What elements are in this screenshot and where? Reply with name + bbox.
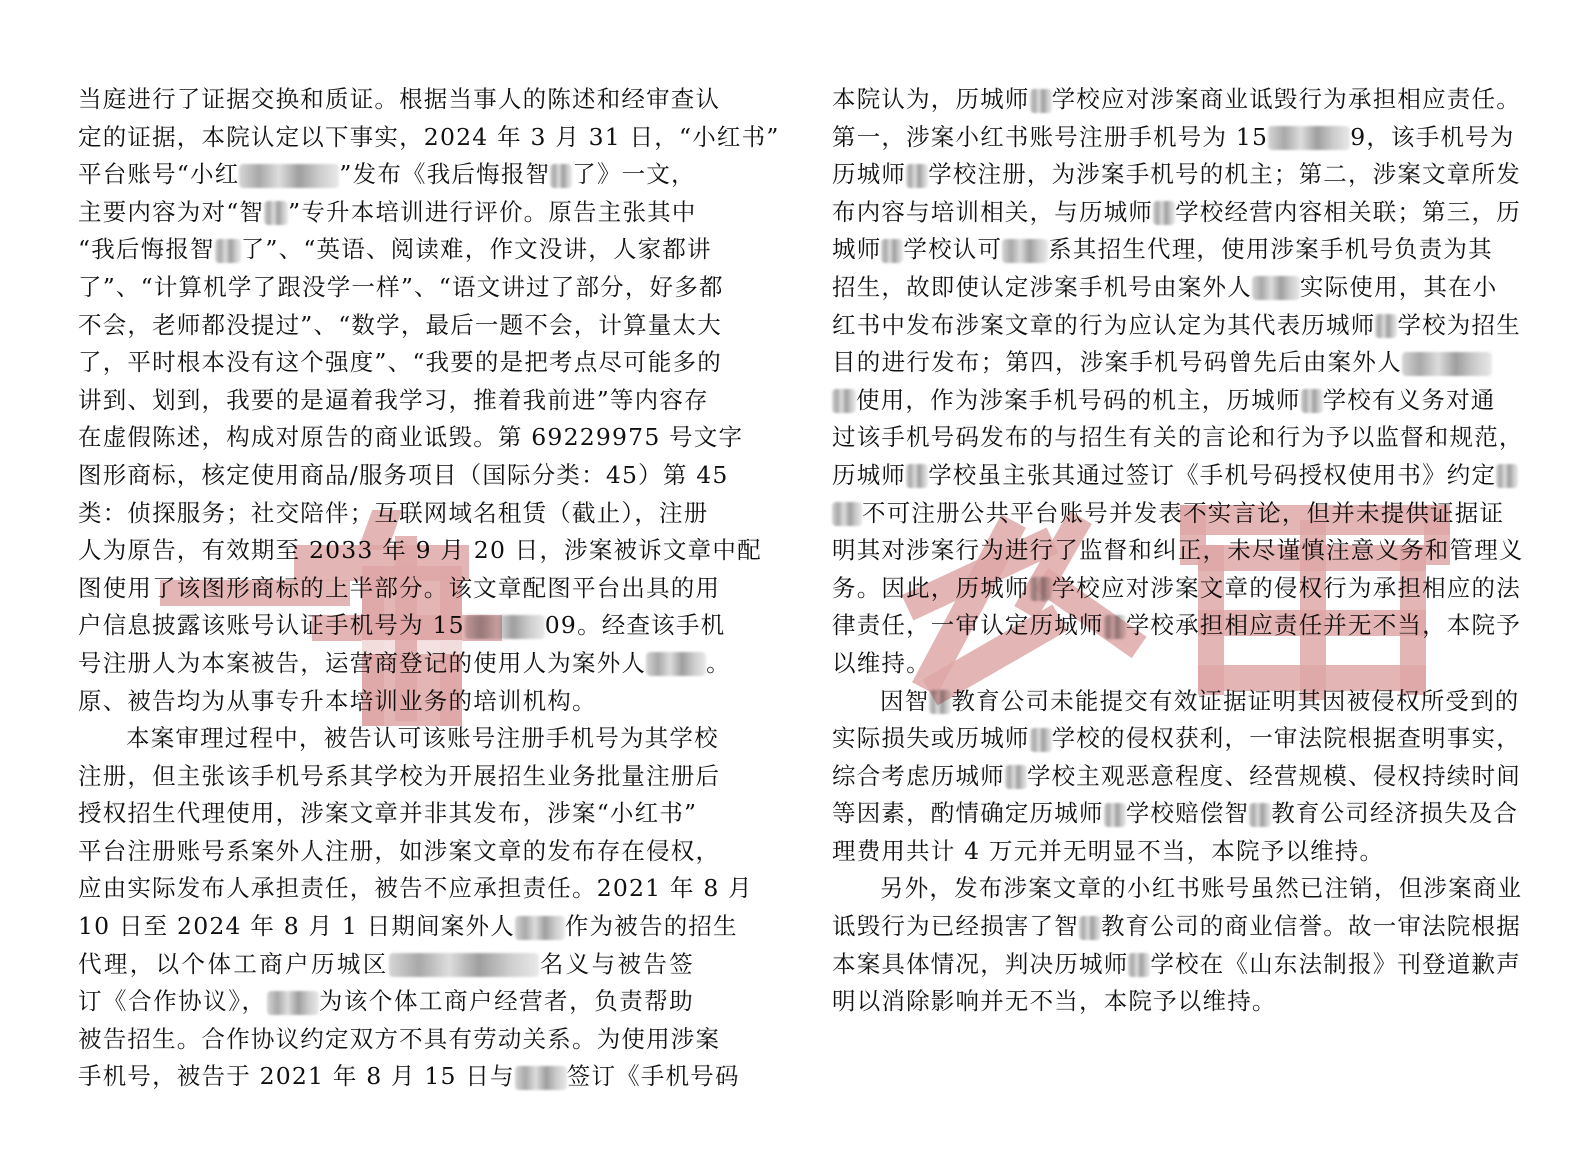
text-line: 另外，发布涉案文章的小红书账号虽然已注销，但涉案商业 (832, 870, 1492, 908)
text-line: 手机号，被告于 2021 年 8 月 15 日与签订《手机号码 (78, 1058, 694, 1096)
text-line: 了，平时根本没有这个强度”、“我要的是把考点尽可能多的 (78, 344, 694, 382)
redacted-text-blur (267, 991, 319, 1015)
redacted-text-blur (832, 389, 856, 413)
text-segment: 注册，但主张该手机号系其学校为开展招生业务批量注册后 (78, 762, 720, 790)
text-segment: 学校经营内容相关联；第三，历 (1175, 198, 1521, 226)
text-line: 第一，涉案小红书账号注册手机号为 159，该手机号为 (832, 119, 1492, 157)
text-segment: 订《合作协议》， (78, 987, 267, 1015)
text-segment: 教育公司经济损失及合 (1271, 799, 1518, 827)
text-segment: 因智 (880, 687, 929, 715)
text-segment: 签订《手机号码 (567, 1062, 740, 1090)
text-segment: 本案具体情况，判决历城师 (832, 950, 1128, 978)
text-segment: 目的进行发布；第四，涉案手机号码曾先后由案外人 (832, 348, 1402, 376)
text-segment: 综合考虑历城师 (832, 762, 1005, 790)
redacted-text-blur (929, 690, 951, 714)
text-line: 等因素，酌情确定历城师学校赔偿智教育公司经济损失及合 (832, 795, 1492, 833)
text-segment: 学校应对涉案商业诋毁行为承担相应责任。 (1052, 85, 1521, 113)
text-segment: 教育公司的商业信誉。故一审法院根据 (1101, 912, 1521, 940)
text-line: 应由实际发布人承担责任，被告不应承担责任。2021 年 8 月 (78, 870, 694, 908)
text-line: 以维持。 (832, 645, 1492, 683)
text-segment: 人为原告，有效期至 2033 年 9 月 20 日，涉案被诉文章中配 (78, 536, 762, 564)
redacted-text-blur (239, 164, 339, 188)
text-line: 本案审理过程中，被告认可该账号注册手机号为其学校 (78, 720, 694, 758)
redacted-text-blur (832, 502, 862, 526)
text-segment: 原、被告均为从事专升本培训业务的培训机构。 (78, 687, 597, 715)
text-line: 本院认为，历城师学校应对涉案商业诋毁行为承担相应责任。 (832, 81, 1492, 119)
text-segment: 09。经查该手机 (545, 611, 726, 639)
text-line: 使用，作为涉案手机号码的机主，历城师学校有义务对通 (832, 382, 1492, 420)
text-line: 类：侦探服务；社交陪伴；互联网域名租赁（截止），注册 (78, 495, 694, 533)
text-segment: 布内容与培训相关，与历城师 (832, 198, 1153, 226)
redacted-text-blur (1252, 276, 1300, 300)
text-segment: 学校承担相应责任并无不当，本院予 (1126, 611, 1521, 639)
text-line: 不会，老师都没提过”、“数学，最后一题不会，计算量太大 (78, 307, 694, 345)
redacted-text-blur (1002, 239, 1048, 263)
text-line: 明以消除影响并无不当，本院予以维持。 (832, 983, 1492, 1021)
text-segment: 明其对涉案行为进行了监督和纠正，未尽谨慎注意义务和管理义 (832, 536, 1524, 564)
text-segment: 系其招生代理，使用涉案手机号负责为其 (1048, 235, 1493, 263)
text-segment: 理费用共计 4 万元并无明显不当，本院予以维持。 (832, 837, 1384, 865)
text-segment: 学校主观恶意程度、经营规模、侵权持续时间 (1027, 762, 1521, 790)
text-line: 过该手机号码发布的与招生有关的言论和行为予以监督和规范， (832, 419, 1492, 457)
redacted-text-blur (1375, 314, 1397, 338)
redacted-text-blur (1128, 953, 1150, 977)
text-line: 目的进行发布；第四，涉案手机号码曾先后由案外人 (832, 344, 1492, 382)
redacted-text-blur (465, 615, 545, 639)
text-segment: 不可注册公共平台账号并发表不实言论，但并未提供证据证 (862, 499, 1504, 527)
redacted-text-blur (1496, 464, 1518, 488)
redacted-text-blur (1301, 389, 1323, 413)
text-segment: 学校在《山东法制报》刊登道歉声 (1150, 950, 1521, 978)
text-segment: 讲到、划到，我要的是逼着我学习，推着我前进”等内容存 (78, 386, 709, 414)
text-segment: 。 (706, 649, 731, 677)
text-segment: 城师 (832, 235, 881, 263)
text-segment: 图使用了该图形商标的上半部分。该文章配图平台出具的用 (78, 574, 720, 602)
text-segment: 作为被告的招生 (565, 912, 738, 940)
text-segment: 使用，作为涉案手机号码的机主，历城师 (856, 386, 1301, 414)
text-segment: 学校虽主张其通过签订《手机号码授权使用书》约定 (928, 461, 1496, 489)
text-segment: 当庭进行了证据交换和质证。根据当事人的陈述和经审查认 (78, 85, 720, 113)
text-segment: 9，该手机号为 (1350, 123, 1514, 151)
redacted-text-blur (1030, 577, 1052, 601)
text-segment: 务。因此，历城师 (832, 574, 1030, 602)
text-segment: ”专升本培训进行评价。原告主张其中 (288, 198, 696, 226)
text-segment: 户信息披露该账号认证手机号为 15 (78, 611, 465, 639)
text-segment: 第一，涉案小红书账号注册手机号为 15 (832, 123, 1268, 151)
redacted-text-blur (881, 239, 903, 263)
text-segment: 代理，以个体工商户历城区 (78, 950, 389, 978)
text-line: 本案具体情况，判决历城师学校在《山东法制报》刊登道歉声 (832, 946, 1492, 984)
text-line: 平台账号“小红”发布《我后悔报智了》一文， (78, 156, 694, 194)
text-segment: 在虚假陈述，构成对原告的商业诋毁。第 69229975 号文字 (78, 423, 743, 451)
text-segment: 不会，老师都没提过”、“数学，最后一题不会，计算量太大 (78, 311, 722, 339)
redacted-text-blur (646, 652, 706, 676)
redacted-text-blur (515, 1066, 567, 1090)
text-line: 律责任，一审认定历城师学校承担相应责任并无不当，本院予 (832, 607, 1492, 645)
redacted-text-blur (550, 164, 572, 188)
text-line: 平台注册账号系案外人注册，如涉案文章的发布存在侵权， (78, 833, 694, 871)
right-page: 本院认为，历城师学校应对涉案商业诋毁行为承担相应责任。第一，涉案小红书账号注册手… (832, 81, 1492, 1021)
redacted-text-blur (1153, 201, 1175, 225)
text-segment: 了”、“计算机学了跟没学一样”、“语文讲过了部分，好多都 (78, 273, 724, 301)
text-line: 因智教育公司未能提交有效证据证明其因被侵权所受到的 (832, 683, 1492, 721)
redacted-text-blur (264, 201, 288, 225)
redacted-text-blur (1104, 803, 1126, 827)
text-segment: 另外，发布涉案文章的小红书账号虽然已注销，但涉案商业 (880, 874, 1522, 902)
text-segment: 定的证据，本院认定以下事实，2024 年 3 月 31 日，“小红书” (78, 123, 780, 151)
text-segment: 学校赔偿智 (1126, 799, 1250, 827)
text-line: 户信息披露该账号认证手机号为 1509。经查该手机 (78, 607, 694, 645)
text-segment: 学校的侵权获利，一审法院根据查明事实， (1052, 724, 1521, 752)
text-segment: 学校有义务对通 (1323, 386, 1496, 414)
text-segment: 历城师 (832, 461, 906, 489)
text-segment: 本院认为，历城师 (832, 85, 1030, 113)
redacted-text-blur (1402, 352, 1492, 376)
text-segment: 过该手机号码发布的与招生有关的言论和行为予以监督和规范， (832, 423, 1524, 451)
redacted-text-blur (1005, 765, 1027, 789)
text-segment: 手机号，被告于 2021 年 8 月 15 日与 (78, 1062, 515, 1090)
text-line: 被告招生。合作协议约定双方不具有劳动关系。为使用涉案 (78, 1021, 694, 1059)
text-segment: 学校应对涉案文章的侵权行为承担相应的法 (1052, 574, 1521, 602)
text-segment: 名义与被告签 (539, 950, 694, 978)
text-segment: 招生，故即使认定涉案手机号由案外人 (832, 273, 1252, 301)
text-segment: 教育公司未能提交有效证据证明其因被侵权所受到的 (951, 687, 1519, 715)
text-segment: 被告招生。合作协议约定双方不具有劳动关系。为使用涉案 (78, 1025, 720, 1053)
redacted-text-blur (906, 464, 928, 488)
text-line: 综合考虑历城师学校主观恶意程度、经营规模、侵权持续时间 (832, 758, 1492, 796)
text-segment: 实际损失或历城师 (832, 724, 1030, 752)
text-line: 实际损失或历城师学校的侵权获利，一审法院根据查明事实， (832, 720, 1492, 758)
redacted-text-blur (1268, 126, 1350, 150)
left-page: 当庭进行了证据交换和质证。根据当事人的陈述和经审查认定的证据，本院认定以下事实，… (78, 81, 694, 1096)
redacted-text-blur (1079, 916, 1101, 940)
text-segment: 学校注册，为涉案手机号的机主；第二，涉案文章所发 (928, 160, 1521, 188)
text-line: 代理，以个体工商户历城区名义与被告签 (78, 946, 694, 984)
text-line: 理费用共计 4 万元并无明显不当，本院予以维持。 (832, 833, 1492, 871)
text-segment: 学校为招生 (1397, 311, 1521, 339)
redacted-text-blur (1249, 803, 1271, 827)
text-line: 明其对涉案行为进行了监督和纠正，未尽谨慎注意义务和管理义 (832, 532, 1492, 570)
text-segment: ”发布《我后悔报智 (339, 160, 550, 188)
text-segment: 应由实际发布人承担责任，被告不应承担责任。2021 年 8 月 (78, 874, 753, 902)
text-segment: 10 日至 2024 年 8 月 1 日期间案外人 (78, 912, 515, 940)
text-line: 讲到、划到，我要的是逼着我学习，推着我前进”等内容存 (78, 382, 694, 420)
text-segment: 号注册人为本案被告，运营商登记的使用人为案外人 (78, 649, 646, 677)
text-line: 图使用了该图形商标的上半部分。该文章配图平台出具的用 (78, 570, 694, 608)
text-line: “我后悔报智了”、“英语、阅读难，作文没讲，人家都讲 (78, 231, 694, 269)
text-line: 人为原告，有效期至 2033 年 9 月 20 日，涉案被诉文章中配 (78, 532, 694, 570)
text-segment: 明以消除影响并无不当，本院予以维持。 (832, 987, 1277, 1015)
text-line: 定的证据，本院认定以下事实，2024 年 3 月 31 日，“小红书” (78, 119, 694, 157)
text-line: 注册，但主张该手机号系其学校为开展招生业务批量注册后 (78, 758, 694, 796)
text-segment: 学校认可 (903, 235, 1002, 263)
redacted-text-blur (389, 953, 539, 977)
redacted-text-blur (1030, 728, 1052, 752)
text-segment: 图形商标，核定使用商品/服务项目（国际分类：45）第 45 (78, 461, 729, 489)
text-line: 历城师学校注册，为涉案手机号的机主；第二，涉案文章所发 (832, 156, 1492, 194)
text-segment: 实际使用，其在小 (1300, 273, 1498, 301)
redacted-text-blur (215, 239, 241, 263)
text-segment: 平台账号“小红 (78, 160, 239, 188)
text-line: 了”、“计算机学了跟没学一样”、“语文讲过了部分，好多都 (78, 269, 694, 307)
text-segment: 律责任，一审认定历城师 (832, 611, 1104, 639)
text-segment: 授权招生代理使用，涉案文章并非其发布，涉案“小红书” (78, 799, 697, 827)
redacted-text-blur (1030, 89, 1052, 113)
text-line: 历城师学校虽主张其通过签订《手机号码授权使用书》约定 (832, 457, 1492, 495)
text-line: 在虚假陈述，构成对原告的商业诋毁。第 69229975 号文字 (78, 419, 694, 457)
text-line: 主要内容为对“智”专升本培训进行评价。原告主张其中 (78, 194, 694, 232)
text-line: 图形商标，核定使用商品/服务项目（国际分类：45）第 45 (78, 457, 694, 495)
text-segment: 等因素，酌情确定历城师 (832, 799, 1104, 827)
text-segment: 主要内容为对“智 (78, 198, 264, 226)
text-segment: 平台注册账号系案外人注册，如涉案文章的发布存在侵权， (78, 837, 720, 865)
text-segment: 本案审理过程中，被告认可该账号注册手机号为其学校 (126, 724, 719, 752)
redacted-text-blur (1104, 615, 1126, 639)
text-line: 布内容与培训相关，与历城师学校经营内容相关联；第三，历 (832, 194, 1492, 232)
text-segment: 诋毁行为已经损害了智 (832, 912, 1079, 940)
text-line: 招生，故即使认定涉案手机号由案外人实际使用，其在小 (832, 269, 1492, 307)
text-line: 务。因此，历城师学校应对涉案文章的侵权行为承担相应的法 (832, 570, 1492, 608)
text-segment: 为该个体工商户经营者，负责帮助 (319, 987, 694, 1015)
text-segment: 类：侦探服务；社交陪伴；互联网域名租赁（截止），注册 (78, 499, 708, 527)
text-line: 原、被告均为从事专升本培训业务的培训机构。 (78, 683, 694, 721)
text-line: 当庭进行了证据交换和质证。根据当事人的陈述和经审查认 (78, 81, 694, 119)
text-segment: 了”、“英语、阅读难，作文没讲，人家都讲 (241, 235, 712, 263)
text-segment: 以维持。 (832, 649, 931, 677)
text-segment: 了》一文， (572, 160, 696, 188)
text-line: 号注册人为本案被告，运营商登记的使用人为案外人。 (78, 645, 694, 683)
redacted-text-blur (515, 916, 565, 940)
text-line: 10 日至 2024 年 8 月 1 日期间案外人作为被告的招生 (78, 908, 694, 946)
text-line: 不可注册公共平台账号并发表不实言论，但并未提供证据证 (832, 495, 1492, 533)
redacted-text-blur (906, 164, 928, 188)
text-segment: “我后悔报智 (78, 235, 215, 263)
text-line: 订《合作协议》，为该个体工商户经营者，负责帮助 (78, 983, 694, 1021)
text-line: 授权招生代理使用，涉案文章并非其发布，涉案“小红书” (78, 795, 694, 833)
text-line: 诋毁行为已经损害了智教育公司的商业信誉。故一审法院根据 (832, 908, 1492, 946)
text-line: 红书中发布涉案文章的行为应认定为其代表历城师学校为招生 (832, 307, 1492, 345)
text-segment: 历城师 (832, 160, 906, 188)
text-segment: 了，平时根本没有这个强度”、“我要的是把考点尽可能多的 (78, 348, 722, 376)
text-segment: 红书中发布涉案文章的行为应认定为其代表历城师 (832, 311, 1375, 339)
text-line: 城师学校认可系其招生代理，使用涉案手机号负责为其 (832, 231, 1492, 269)
